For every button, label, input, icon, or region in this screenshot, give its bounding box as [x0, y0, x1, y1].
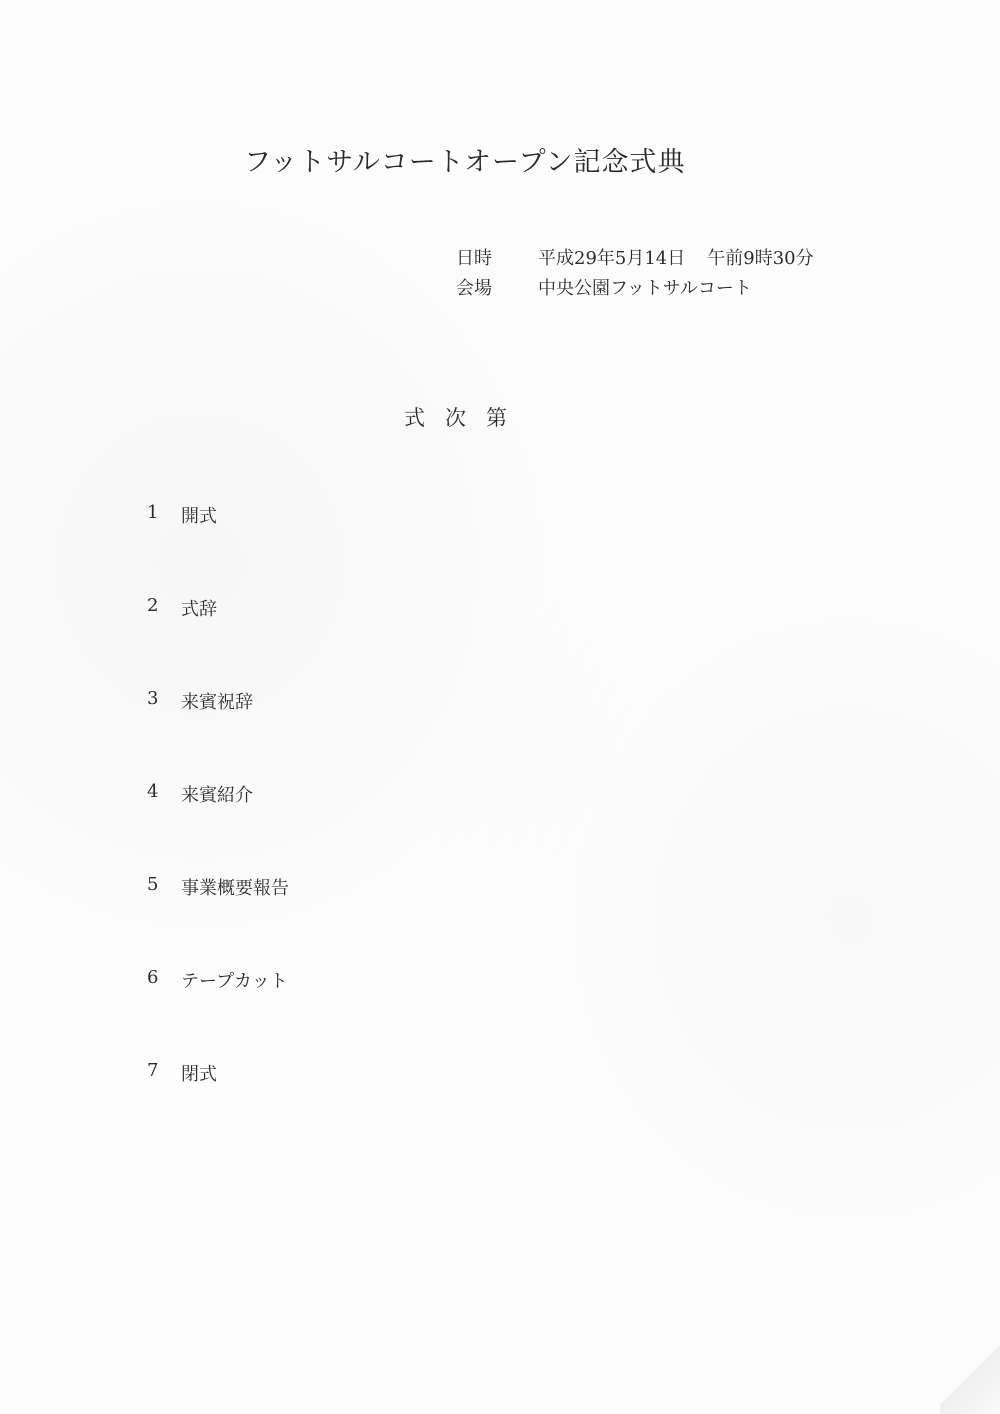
- venue-label: 会場: [456, 274, 538, 300]
- program-item-number: 5: [147, 874, 181, 967]
- program-item: 5 事業概要報告: [147, 874, 289, 967]
- program-item-number: 1: [147, 502, 181, 595]
- program-item-text: テープカット: [181, 967, 288, 1060]
- program-item-text: 開式: [181, 502, 217, 595]
- venue-value: 中央公園フットサルコート: [538, 274, 752, 300]
- program-item-number: 7: [147, 1060, 181, 1153]
- program-item-number: 4: [147, 781, 181, 874]
- program-item-text: 事業概要報告: [181, 874, 289, 967]
- program-item: 2 式辞: [147, 595, 289, 688]
- time-value: 午前9時30分: [707, 244, 813, 270]
- date-label: 日時: [456, 244, 538, 270]
- program-item: 3 来賓祝辞: [147, 688, 289, 781]
- venue-row: 会場 中央公園フットサルコート: [456, 274, 752, 300]
- date-row: 日時 平成29年5月14日 午前9時30分: [456, 244, 814, 270]
- document-title: フットサルコートオープン記念式典: [244, 140, 686, 179]
- program-heading: 式次第: [404, 402, 527, 432]
- date-value: 平成29年5月14日: [538, 244, 685, 270]
- program-list: 1 開式 2 式辞 3 来賓祝辞 4 来賓紹介 5 事業概要報告 6 テープカッ…: [147, 502, 289, 1153]
- program-item-text: 式辞: [181, 595, 217, 688]
- program-item: 6 テープカット: [147, 967, 289, 1060]
- program-item-text: 来賓祝辞: [181, 688, 253, 781]
- program-item-number: 6: [147, 967, 181, 1060]
- scanned-page: フットサルコートオープン記念式典 日時 平成29年5月14日 午前9時30分 会…: [0, 0, 1000, 1414]
- program-item: 1 開式: [147, 502, 289, 595]
- program-item: 4 来賓紹介: [147, 781, 289, 874]
- program-item-number: 3: [147, 688, 181, 781]
- program-item: 7 閉式: [147, 1060, 289, 1153]
- program-item-text: 来賓紹介: [181, 781, 253, 874]
- page-corner-shadow: [940, 1334, 1000, 1414]
- program-item-text: 閉式: [181, 1060, 217, 1153]
- program-item-number: 2: [147, 595, 181, 688]
